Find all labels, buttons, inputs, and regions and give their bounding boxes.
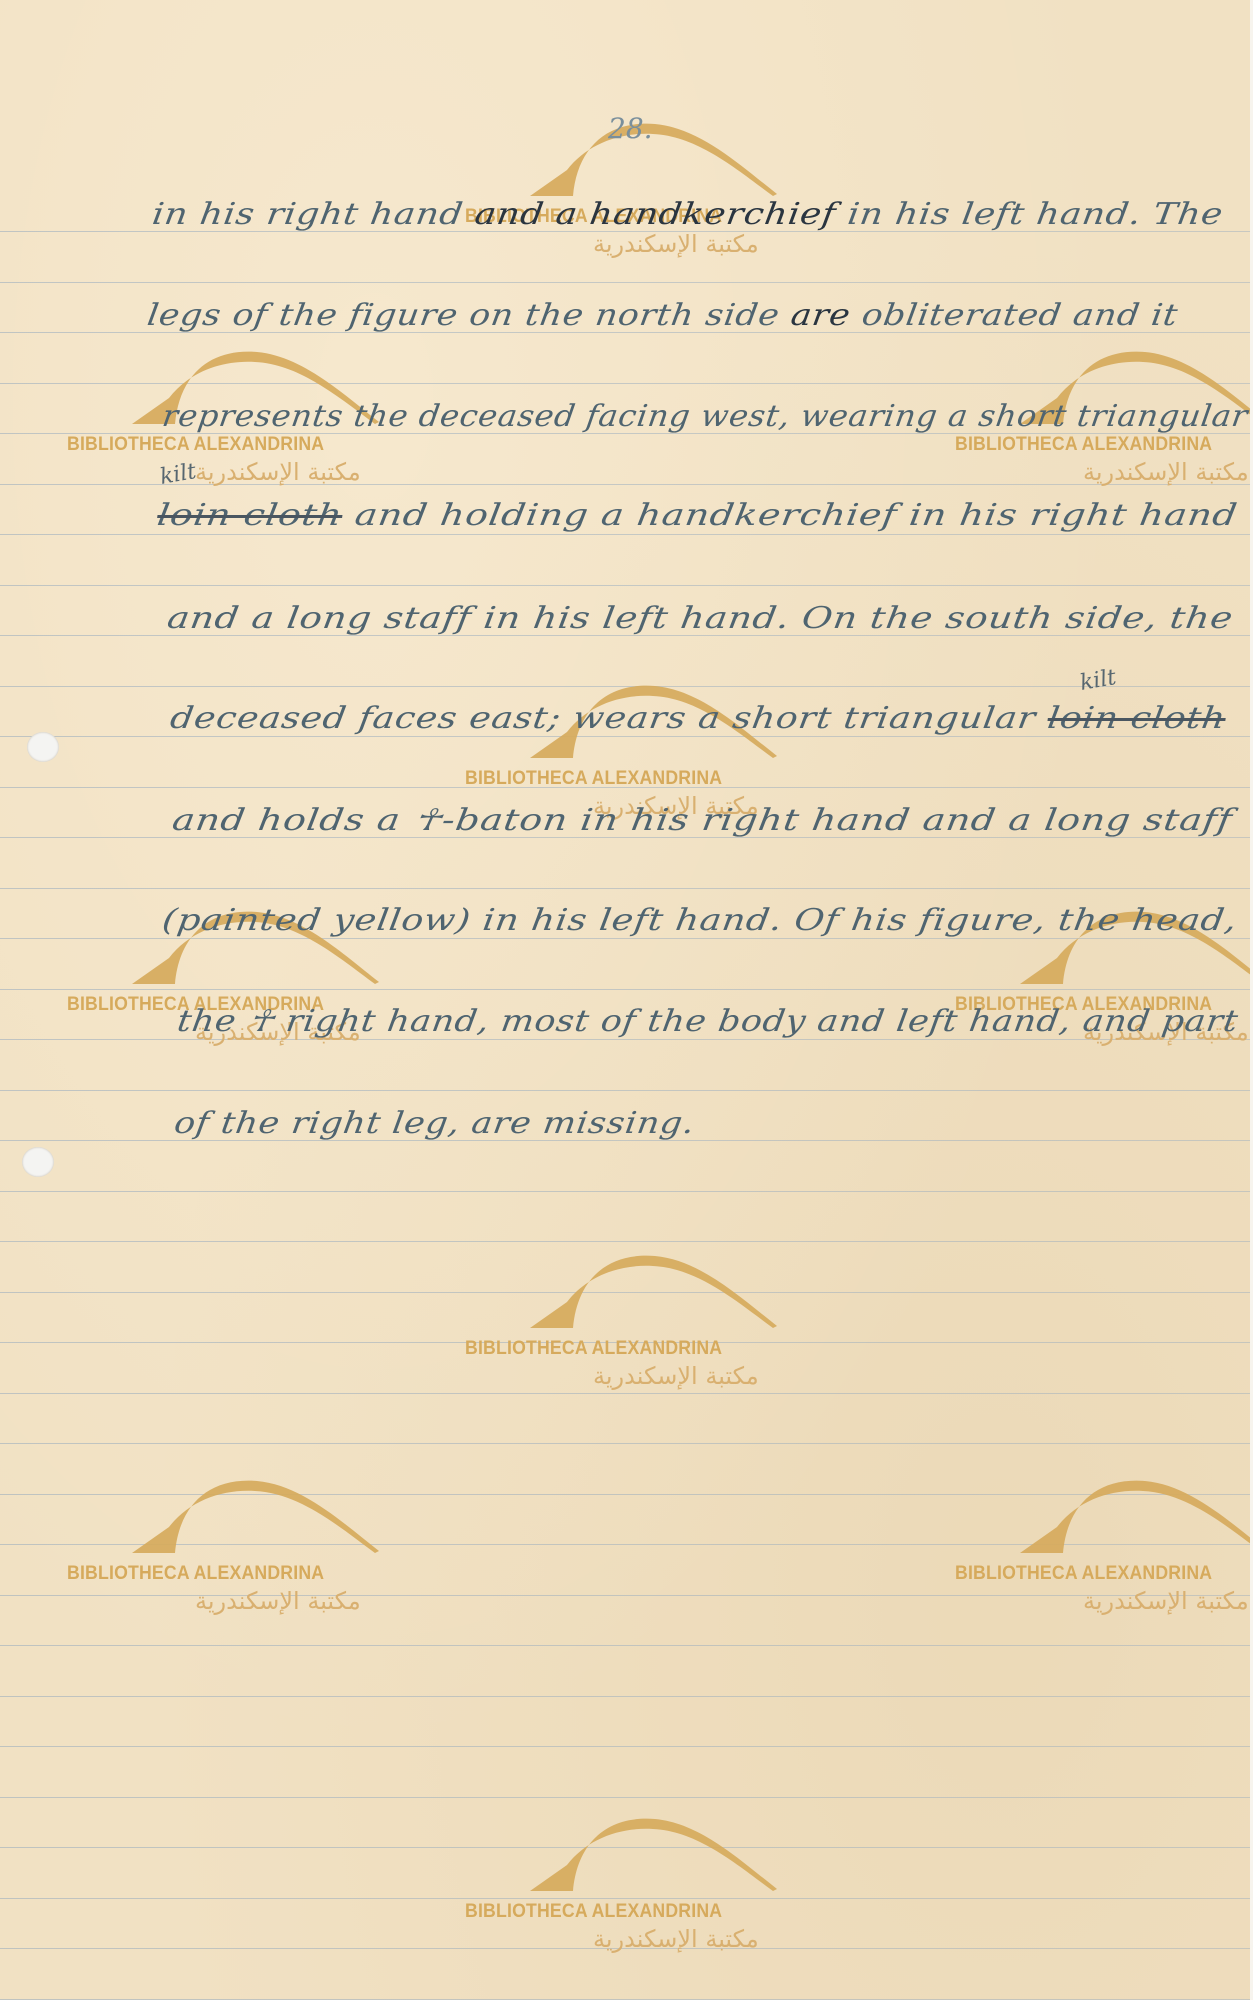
page-number: 28. [608, 112, 653, 145]
watermark-text-en: BIBLIOTHECA ALEXANDRINA [465, 1901, 722, 1923]
ruled-line [0, 282, 1250, 283]
text-line: represents the deceased facing west, wea… [160, 399, 1250, 434]
watermark-text-en: BIBLIOTHECA ALEXANDRINA [465, 768, 722, 790]
text-line: of the right leg, are missing. [172, 1106, 697, 1141]
text-line: loin cloth and holding a handkerchief in… [155, 498, 1240, 533]
ruled-line [0, 534, 1250, 535]
text-segment: legs of the figure on the north side [145, 298, 794, 333]
text-segment: and a handkerchief [473, 197, 839, 232]
text-segment: and holding a handkerchief in his right … [340, 498, 1240, 533]
text-segment: in his right hand [150, 197, 477, 232]
text-line: and holds a ☥-baton in his right hand an… [170, 803, 1235, 838]
watermark-text-ar: مكتبة الإسكندرية [593, 230, 759, 258]
text-segment: represents the deceased facing west, wea… [160, 399, 1250, 434]
text-line: and a long staff in his left hand. On th… [165, 601, 1235, 636]
ruled-line [0, 888, 1250, 889]
manuscript-page: BIBLIOTHECA ALEXANDRINAمكتبة الإسكندريةB… [0, 0, 1250, 2000]
ruled-line [0, 1797, 1250, 1798]
ruled-line [0, 1090, 1250, 1091]
ruled-line [0, 1645, 1250, 1646]
arc-logo-icon [127, 1467, 387, 1559]
text-segment: the ☥ right hand, most of the body and l… [175, 1004, 1241, 1039]
interlinear-correction: kilt [1078, 665, 1118, 696]
text-line: in his right hand and a handkerchief in … [150, 197, 1225, 232]
arc-logo-icon [1015, 1467, 1253, 1559]
text-line: legs of the figure on the north side are… [145, 298, 1180, 333]
text-segment: (painted yellow) in his left hand. Of hi… [160, 903, 1239, 938]
punch-hole-upper [27, 732, 59, 762]
arc-logo-icon [525, 110, 785, 202]
text-segment: in his left hand. The [833, 197, 1225, 232]
watermark-text-en: BIBLIOTHECA ALEXANDRINA [465, 1338, 722, 1360]
arc-logo-icon [525, 1242, 785, 1334]
text-segment: and a long staff in his left hand. On th… [165, 601, 1235, 636]
text-segment: and holds a ☥-baton in his right hand an… [170, 803, 1235, 838]
watermark-text-ar: مكتبة الإسكندرية [593, 1925, 759, 1953]
watermark-text-en: BIBLIOTHECA ALEXANDRINA [955, 1563, 1212, 1585]
ruled-line [0, 1443, 1250, 1444]
punch-hole-lower [22, 1147, 54, 1177]
ruled-line [0, 585, 1250, 586]
ruled-line [0, 1191, 1250, 1192]
watermark-text-ar: مكتبة الإسكندرية [593, 1362, 759, 1390]
ruled-line [0, 1039, 1250, 1040]
text-segment: obliterated and it [848, 298, 1180, 333]
arc-logo-icon [525, 1805, 785, 1897]
text-segment: deceased faces east; wears a short trian… [168, 701, 1050, 736]
watermark-text-ar: مكتبة الإسكندرية [1083, 458, 1249, 486]
watermark-text-ar: مكتبة الإسكندرية [195, 458, 361, 486]
watermark-text-ar: مكتبة الإسكندرية [1083, 1587, 1249, 1615]
ruled-line [0, 1696, 1250, 1697]
ruled-line [0, 1898, 1250, 1899]
struck-word: loin cloth [155, 498, 345, 533]
watermark-text-en: BIBLIOTHECA ALEXANDRINA [955, 434, 1212, 456]
ruled-line [0, 1746, 1250, 1747]
ruled-line [0, 1393, 1250, 1394]
text-line: deceased faces east; wears a short trian… [168, 701, 1228, 736]
text-segment: are [789, 298, 853, 333]
watermark-text-en: BIBLIOTHECA ALEXANDRINA [67, 1563, 324, 1585]
text-line: (painted yellow) in his left hand. Of hi… [160, 903, 1239, 938]
watermark-text-ar: مكتبة الإسكندرية [195, 1587, 361, 1615]
ruled-line [0, 1595, 1250, 1596]
text-segment: of the right leg, are missing. [172, 1106, 697, 1141]
text-line: the ☥ right hand, most of the body and l… [175, 1004, 1241, 1039]
interlinear-correction: kilt [158, 459, 198, 490]
watermark-text-en: BIBLIOTHECA ALEXANDRINA [67, 434, 324, 456]
struck-word: loin cloth [1045, 701, 1228, 736]
